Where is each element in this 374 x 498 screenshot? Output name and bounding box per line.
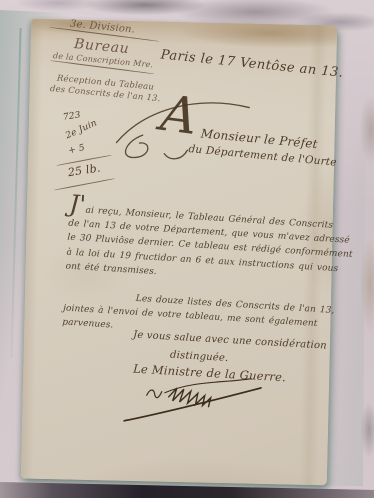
- manuscript-letter-page: 3e. Division. Bureau de la Conscription …: [21, 19, 337, 486]
- closing-line1: Je vous salue avec une considération: [133, 330, 327, 352]
- closing-line2: distinguée.: [170, 350, 229, 364]
- minister-signature: [118, 369, 284, 433]
- signature-scribble-icon: [118, 369, 284, 433]
- photo-of-manuscript-letter: 3e. Division. Bureau de la Conscription …: [0, 0, 374, 498]
